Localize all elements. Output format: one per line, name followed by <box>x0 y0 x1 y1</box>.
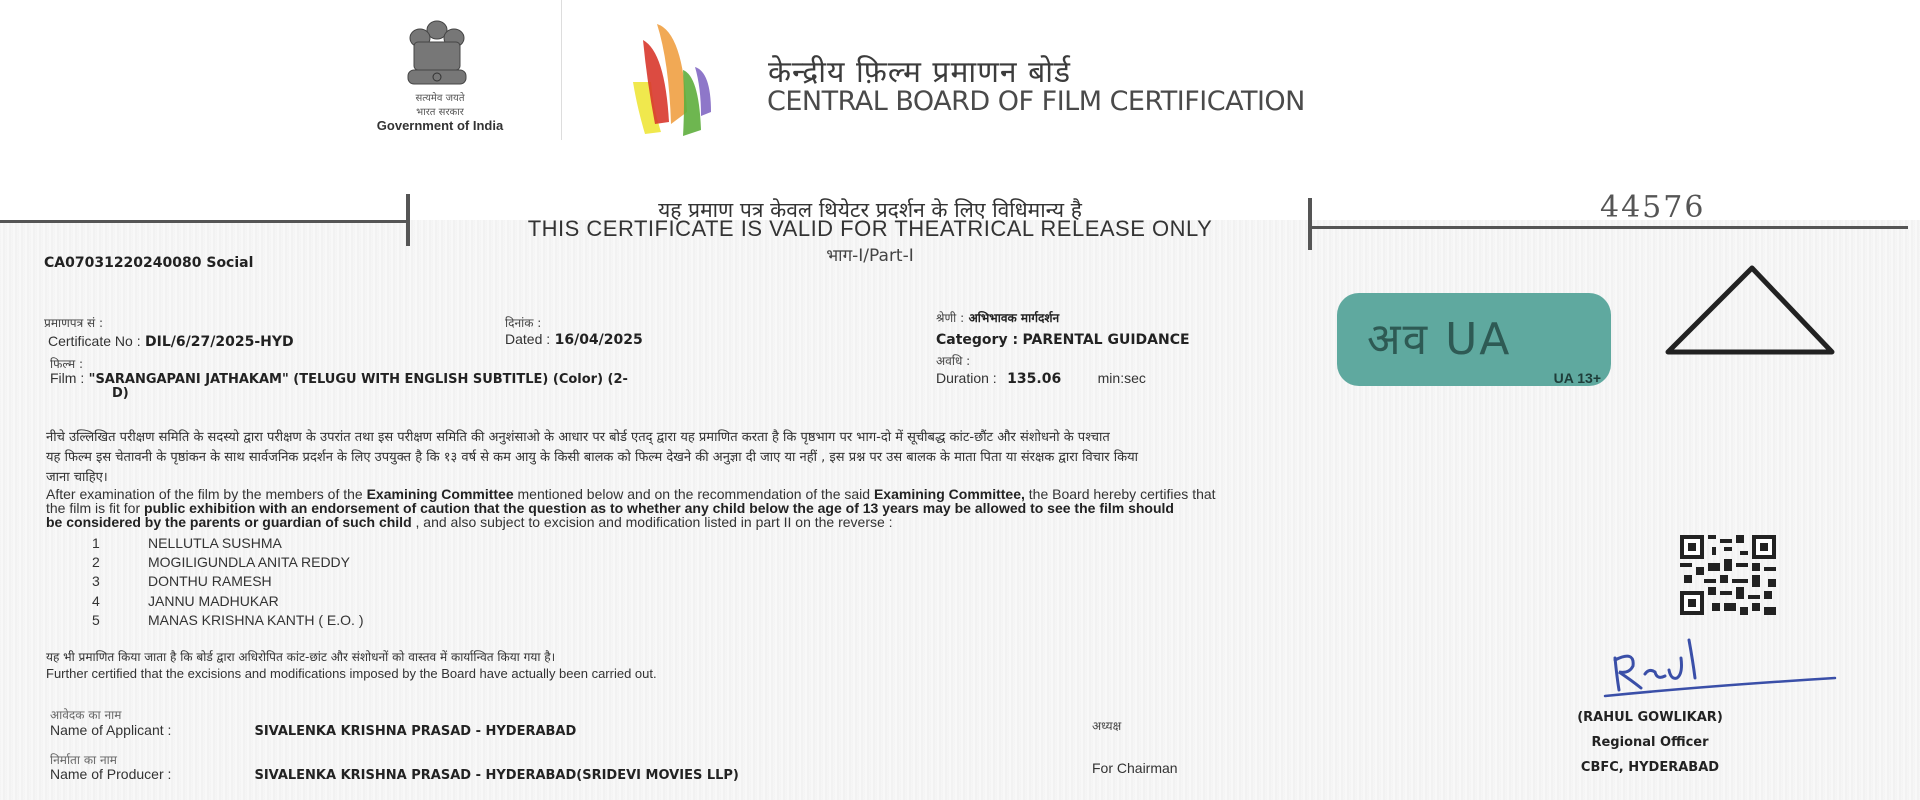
body-hindi-line-3: जाना चाहिए। <box>46 467 1786 485</box>
body-english-line-3: be considered by the parents or guardian… <box>46 514 1786 530</box>
certificate-no-row: Certificate No : DIL/6/27/2025-HYD <box>48 333 294 351</box>
producer-label: Name of Producer : <box>50 766 250 782</box>
film-row: Film : "SARANGAPANI JATHAKAM" (TELUGU WI… <box>50 370 628 388</box>
duration-label: Duration : <box>936 370 997 386</box>
category-value: PARENTAL GUIDANCE <box>1023 332 1190 348</box>
part-label: भाग-I/Part-I <box>440 243 1300 266</box>
rating-badge-main: अव UA <box>1367 307 1511 367</box>
applicant-row: Name of Applicant : SIVALENKA KRISHNA PR… <box>50 722 576 740</box>
reference-number: CA07031220240080 Social <box>44 255 253 271</box>
member-number: 3 <box>92 573 148 589</box>
certificate-no-label-hindi: प्रमाणपत्र सं : <box>44 314 103 331</box>
chairman-label-hindi: अध्यक्ष <box>1092 717 1121 734</box>
committee-member: 4JANNU MADHUKAR <box>92 593 279 609</box>
committee-member: 5MANAS KRISHNA KANTH ( E.O. ) <box>92 612 363 628</box>
cbfc-logo-icon <box>625 12 765 137</box>
committee-member: 1NELLUTLA SUSHMA <box>92 535 282 551</box>
category-row: Category : PARENTAL GUIDANCE <box>936 331 1190 349</box>
body-bold-text: be considered by the parents or guardian… <box>46 514 412 530</box>
category-label: Category : <box>936 332 1018 348</box>
chairman-label: For Chairman <box>1092 760 1178 776</box>
producer-value: SIVALENKA KRISHNA PRASAD - HYDERABAD(SRI… <box>254 768 738 783</box>
board-name-english: CENTRAL BOARD OF FILM CERTIFICATION <box>767 86 1305 117</box>
board-name-hindi: केन्द्रीय फ़िल्म प्रमाणन बोर्ड <box>768 50 1071 91</box>
certificate-no-value: DIL/6/27/2025-HYD <box>145 334 294 350</box>
header-divider <box>561 0 562 140</box>
dated-label: Dated : <box>505 331 550 347</box>
duration-label-hindi: अवधि : <box>936 352 970 369</box>
member-number: 4 <box>92 593 148 609</box>
signature-icon <box>1585 628 1845 698</box>
member-name: MANAS KRISHNA KANTH ( E.O. ) <box>148 612 363 628</box>
producer-row: Name of Producer : SIVALENKA KRISHNA PRA… <box>50 766 739 784</box>
body-hindi-line-1: नीचे उल्लिखित परीक्षण समिति के सदस्यो द्… <box>46 427 1786 445</box>
duration-row: Duration : 135.06 min:sec <box>936 370 1146 388</box>
further-hindi: यह भी प्रमाणित किया जाता है कि बोर्ड द्व… <box>46 648 1786 665</box>
category-label-hindi: श्रेणी : <box>936 311 964 325</box>
film-title: "SARANGAPANI JATHAKAM" (TELUGU WITH ENGL… <box>89 372 628 387</box>
emblem-motto: सत्यमेव जयते <box>360 90 520 104</box>
applicant-label: Name of Applicant : <box>50 722 250 738</box>
emblem-hindi: भारत सरकार <box>360 104 520 118</box>
rating-badge: अव UA UA 13+ <box>1337 293 1611 386</box>
committee-member: 2MOGILIGUNDLA ANITA REDDY <box>92 554 350 570</box>
film-title-continued: D) <box>112 386 129 401</box>
member-name: NELLUTLA SUSHMA <box>148 535 282 551</box>
member-number: 1 <box>92 535 148 551</box>
banner-right-rule <box>1312 226 1908 229</box>
film-label: Film : <box>50 370 84 386</box>
national-emblem-icon <box>392 16 482 96</box>
duration-value: 135.06 <box>1007 371 1061 387</box>
body-hindi-line-2: यह फिल्म इस चेतावनी के पृष्ठांकन के साथ … <box>46 447 1786 465</box>
body-text: , and also subject to excision and modif… <box>412 514 893 530</box>
dated-row: Dated : 16/04/2025 <box>505 331 643 349</box>
category-value-hindi: अभिभावक मार्गदर्शन <box>969 311 1060 325</box>
serial-number: 44576 <box>1600 190 1705 225</box>
certificate-no-label: Certificate No : <box>48 333 141 349</box>
banner-right-bar <box>1308 198 1312 250</box>
applicant-value: SIVALENKA KRISHNA PRASAD - HYDERABAD <box>254 724 576 739</box>
member-number: 5 <box>92 612 148 628</box>
committee-member: 3DONTHU RAMESH <box>92 573 272 589</box>
banner-left-bar <box>406 194 410 246</box>
applicant-label-hindi: आवेदक का नाम <box>50 706 121 723</box>
member-name: MOGILIGUNDLA ANITA REDDY <box>148 554 350 570</box>
government-of-india: Government of India <box>355 118 525 133</box>
signatory-designation: Regional Officer <box>1530 735 1770 750</box>
member-name: DONTHU RAMESH <box>148 573 272 589</box>
member-name: JANNU MADHUKAR <box>148 593 279 609</box>
signatory-name: (RAHUL GOWLIKAR) <box>1530 710 1770 725</box>
rating-badge-sub: UA 13+ <box>1554 370 1601 386</box>
member-number: 2 <box>92 554 148 570</box>
caution-triangle-icon <box>1660 262 1840 362</box>
further-english: Further certified that the excisions and… <box>46 666 1786 681</box>
signatory-office: CBFC, HYDERABAD <box>1530 760 1770 775</box>
dated-value: 16/04/2025 <box>555 332 643 348</box>
duration-unit: min:sec <box>1098 370 1146 386</box>
qr-code-icon[interactable] <box>1680 535 1776 615</box>
dated-label-hindi: दिनांक : <box>505 314 541 331</box>
banner-left-rule <box>0 220 408 223</box>
validity-english: THIS CERTIFICATE IS VALID FOR THEATRICAL… <box>440 216 1300 242</box>
category-hindi-row: श्रेणी : अभिभावक मार्गदर्शन <box>936 309 1059 327</box>
